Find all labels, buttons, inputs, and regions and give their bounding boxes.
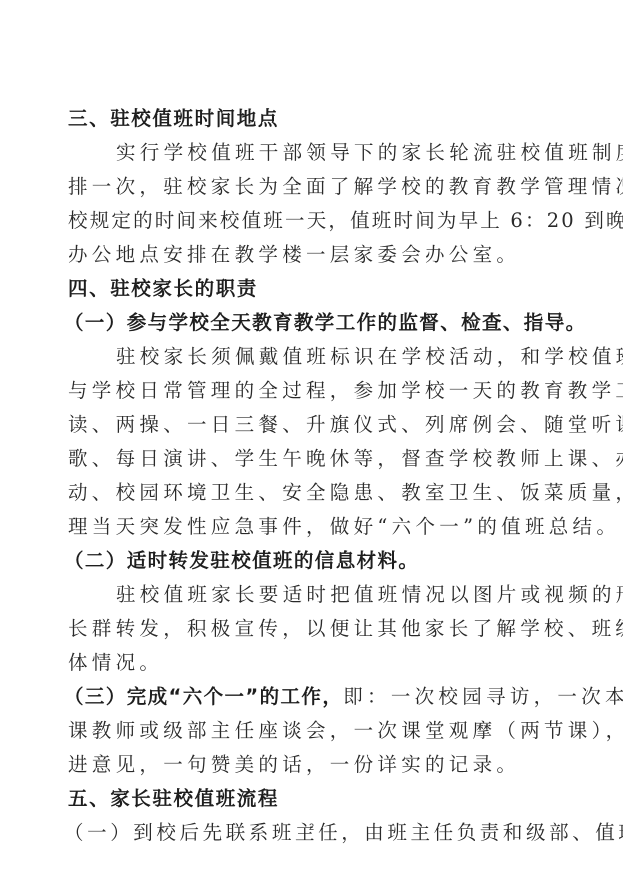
subsection-title-3-bold: （三）完成“六个一”的工作， <box>64 685 343 708</box>
paragraph-line: 驻校值班家长要适时把值班情况以图片或视频的形式在班级家 <box>68 578 558 612</box>
paragraph-line: 驻校家长须佩戴值班标识在学校活动，和学校值班人员共同参 <box>68 340 558 374</box>
paragraph-line: 课教师或级部主任座谈会，一次课堂观摩（两节课），一条改 <box>68 714 558 748</box>
paragraph-line: 动、校园环境卫生、安全隐患、教室卫生、饭菜质量，协助学校处 <box>68 476 558 510</box>
section-heading-4: 四、驻校家长的职责 <box>68 272 558 306</box>
paragraph-line: 歌、每日演讲、学生午晚休等，督查学校教师上课、办公、学生活 <box>68 442 558 476</box>
section-heading-5: 五、家长驻校值班流程 <box>68 782 558 816</box>
paragraph-line: 校规定的时间来校值班一天，值班时间为早上 6：20 到晚上 10：20， <box>68 204 558 238</box>
paragraph-line: 与学校日常管理的全过程，参加学校一天的教育教学工作：学生晨 <box>68 374 558 408</box>
paragraph-line: 读、两操、一日三餐、升旗仪式、列席例会、随堂听课、课前一支 <box>68 408 558 442</box>
section-heading-3: 三、驻校值班时间地点 <box>68 102 558 136</box>
paragraph-line: 排一次，驻校家长为全面了解学校的教育教学管理情况，必须按学 <box>68 170 558 204</box>
subsection-title-1: （一）参与学校全天教育教学工作的监督、检查、指导。 <box>64 306 558 340</box>
subsection-title-2: （二）适时转发驻校值班的信息材料。 <box>64 544 558 578</box>
paragraph-line: 进意见，一句赞美的话，一份详实的记录。 <box>68 748 558 782</box>
paragraph-line: 长群转发，积极宣传，以便让其他家长了解学校、班级、学生的具 <box>68 612 558 646</box>
document-page: 三、驻校值班时间地点 实行学校值班干部领导下的家长轮流驻校值班制度，每学期安 排… <box>68 102 558 850</box>
paragraph-line: 实行学校值班干部领导下的家长轮流驻校值班制度，每学期安 <box>68 136 558 170</box>
page-number: 2 <box>0 822 623 832</box>
paragraph-line: 办公地点安排在教学楼一层家委会办公室。 <box>68 238 558 272</box>
paragraph-line: 体情况。 <box>68 646 558 680</box>
subsection-title-3: （三）完成“六个一”的工作，即：一次校园寻访，一次本班任 <box>64 680 558 714</box>
paragraph-line: 理当天突发性应急事件，做好“六个一”的值班总结。 <box>68 510 558 544</box>
subsection-title-3-text: 即：一次校园寻访，一次本班任 <box>343 685 623 708</box>
